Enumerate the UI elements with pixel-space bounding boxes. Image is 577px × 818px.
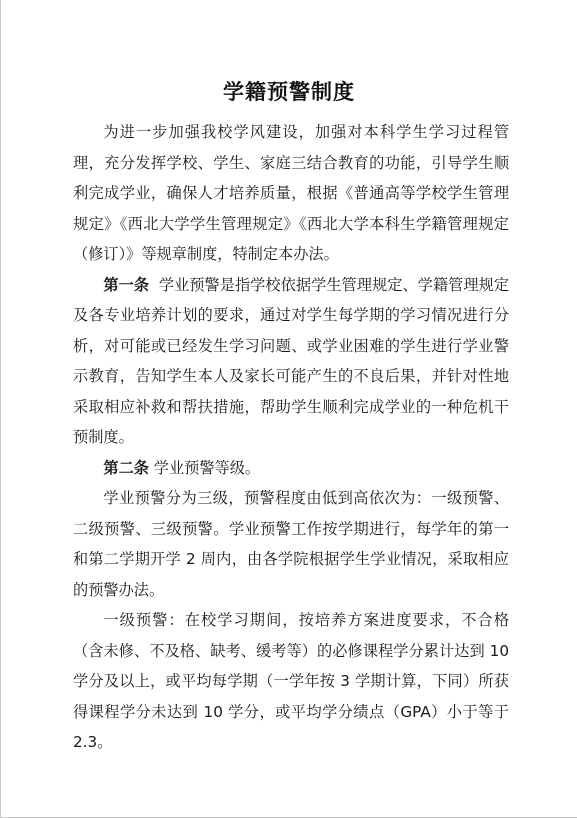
- paragraph-text: 学业预警是指学校依据学生管理规定、学籍管理规定及各专业培养计划的要求，通过对学生…: [73, 276, 509, 447]
- paragraph-text: 一级预警：在校学习期间，按培养方案进度要求，不合格（含未修、不及格、缺考、缓考等…: [73, 611, 509, 751]
- document-title: 学籍预警制度: [1, 76, 577, 106]
- paragraph-text: 学业预警分为三级，预警程度由低到高依次为：一级预警、二级预警、三级预警。学业预警…: [73, 489, 509, 599]
- paragraph-text: 为进一步加强我校学风建设，加强对本科学生学习过程管理，充分发挥学校、学生、家庭三…: [73, 123, 509, 263]
- document-body: 为进一步加强我校学风建设，加强对本科学生学习过程管理，充分发挥学校、学生、家庭三…: [73, 117, 509, 758]
- paragraph-intro: 为进一步加强我校学风建设，加强对本科学生学习过程管理，充分发挥学校、学生、家庭三…: [73, 117, 509, 270]
- paragraph-text: 学业预警等级。: [149, 459, 260, 477]
- paragraph-article-2: 第二条 学业预警等级。: [73, 453, 509, 484]
- article-label: 第二条: [103, 459, 149, 477]
- article-label: 第一条: [103, 276, 149, 294]
- paragraph-article-1: 第一条 学业预警是指学校依据学生管理规定、学籍管理规定及各专业培养计划的要求，通…: [73, 270, 509, 453]
- document-page: 学籍预警制度 为进一步加强我校学风建设，加强对本科学生学习过程管理，充分发挥学校…: [0, 0, 577, 818]
- paragraph-warning-levels: 学业预警分为三级，预警程度由低到高依次为：一级预警、二级预警、三级预警。学业预警…: [73, 483, 509, 605]
- paragraph-level-1-warning: 一级预警：在校学习期间，按培养方案进度要求，不合格（含未修、不及格、缺考、缓考等…: [73, 605, 509, 758]
